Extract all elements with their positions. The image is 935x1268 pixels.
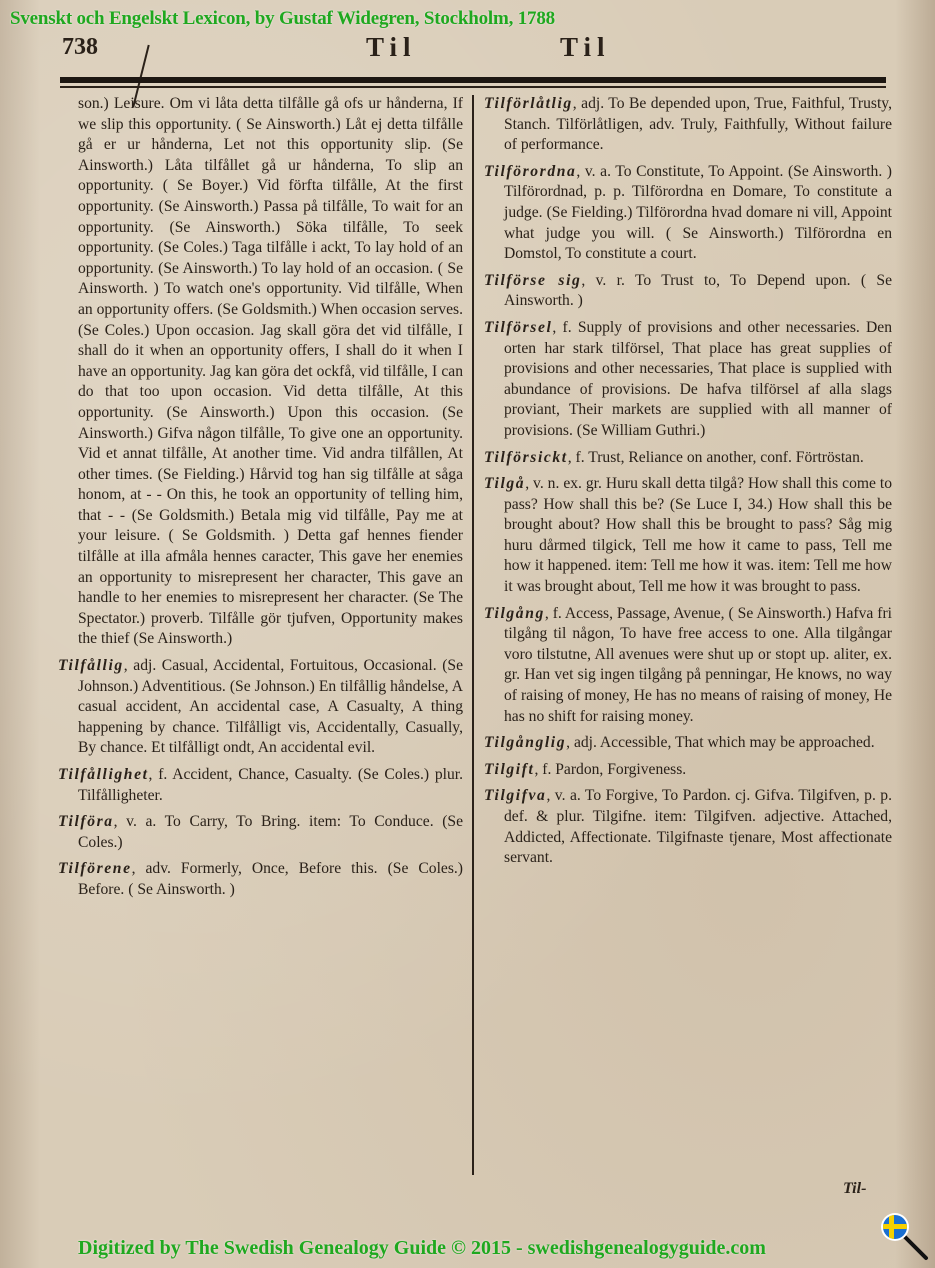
entry-text: , f. Supply of provisions and other nece… [504,319,892,439]
dictionary-entry: Tilförsickt, f. Trust, Reliance on anoth… [484,448,892,469]
entry-text: , v. a. To Forgive, To Pardon. cj. Gifva… [504,787,892,866]
headword: Tilförse sig [484,272,581,289]
headword: Tilföra [58,813,114,830]
headword: Tilförordna [484,163,576,180]
dictionary-entry: Tilförlåtlig, adj. To Be depended upon, … [484,94,892,156]
left-column: son.) Leisure. Om vi låta detta tilfålle… [58,94,463,907]
dictionary-entry: Tilgift, f. Pardon, Forgiveness. [484,760,892,781]
dictionary-entry: Tilfållighet, f. Accident, Chance, Casua… [58,765,463,806]
running-head-left: Til [366,32,417,63]
headword: Tilförlåtlig [484,95,573,112]
top-banner: Svenskt och Engelskt Lexicon, by Gustaf … [10,8,555,30]
headword: Tilgånglig [484,734,566,751]
entry-text: , f. Trust, Reliance on another, conf. F… [568,449,864,466]
column-divider [472,95,474,1175]
entry-text: , adv. Formerly, Once, Before this. (Se … [78,860,463,898]
page-number: 738 [62,34,98,61]
header-rule-thick [60,77,886,83]
entry-text: , f. Pardon, Forgiveness. [534,761,686,778]
headword: Tilförsel [484,319,552,336]
swedish-flag-magnifier-icon[interactable] [880,1212,930,1262]
dictionary-entry: Tilgå, v. n. ex. gr. Huru skall detta ti… [484,474,892,598]
header-rule-thin [60,86,886,88]
running-head-right: Til [560,32,611,63]
dictionary-entry: Tilgång, f. Access, Passage, Avenue, ( S… [484,604,892,728]
headword: Tilförsickt [484,449,568,466]
headword: Tilförene [58,860,132,877]
catchword: Til- [843,1180,866,1198]
dictionary-entry: Tilförene, adv. Formerly, Once, Before t… [58,859,463,900]
bottom-banner[interactable]: Digitized by The Swedish Genealogy Guide… [78,1237,766,1260]
entry-text: , f. Access, Passage, Avenue, ( Se Ainsw… [504,605,892,725]
dictionary-entry: Tilförsel, f. Supply of provisions and o… [484,318,892,442]
headword: Tilgå [484,475,525,492]
headword: Tilgift [484,761,534,778]
entry-text: , v. n. ex. gr. Huru skall detta tilgå? … [504,475,892,595]
dictionary-entry: Tilfållig, adj. Casual, Accidental, Fort… [58,656,463,759]
dictionary-entry: son.) Leisure. Om vi låta detta tilfålle… [58,94,463,650]
dictionary-entry: Tilförse sig, v. r. To Trust to, To Depe… [484,271,892,312]
entry-text: son.) Leisure. Om vi låta detta tilfålle… [78,95,463,647]
entry-text: , adj. Casual, Accidental, Fortuitous, O… [78,657,463,756]
headword: Tilgång [484,605,545,622]
dictionary-entry: Tilgånglig, adj. Accessible, That which … [484,733,892,754]
dictionary-entry: Tilföra, v. a. To Carry, To Bring. item:… [58,812,463,853]
dictionary-entry: Tilgifva, v. a. To Forgive, To Pardon. c… [484,786,892,868]
right-column: Tilförlåtlig, adj. To Be depended upon, … [484,94,892,875]
dictionary-entry: Tilförordna, v. a. To Constitute, To App… [484,162,892,265]
headword: Tilfållig [58,657,124,674]
entry-text: , v. a. To Carry, To Bring. item: To Con… [78,813,463,851]
entry-text: , adj. Accessible, That which may be app… [566,734,874,751]
headword: Tilfållighet [58,766,149,783]
headword: Tilgifva [484,787,546,804]
